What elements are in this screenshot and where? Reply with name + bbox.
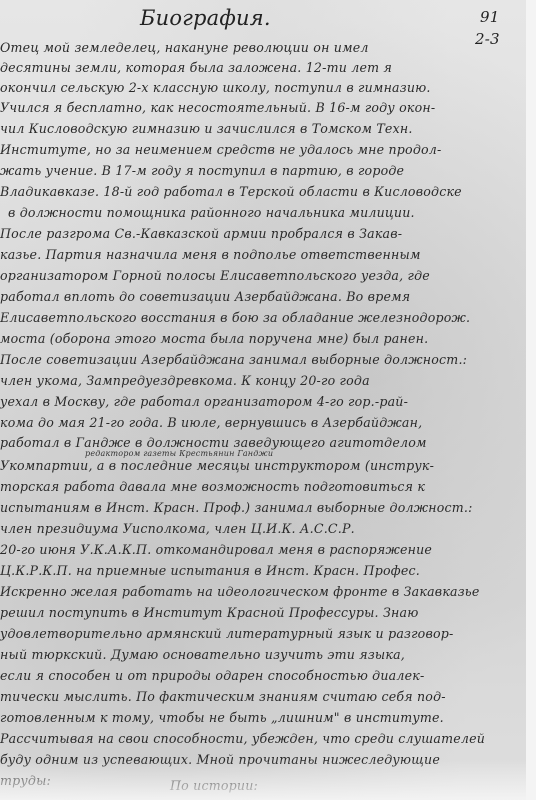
text-line: удовлетворительно армянский литературный… xyxy=(0,626,453,641)
text-line: тически мыслить. По фактическим знаниям … xyxy=(0,689,446,704)
text-line: чил Кисловодскую гимназию и зачислился в… xyxy=(0,121,413,136)
text-line: Рассчитывая на свои способности, убежден… xyxy=(0,731,485,746)
text-line: После советизации Азербайджана занимал в… xyxy=(0,352,467,367)
text-line: 20-го июня У.К.А.К.П. откомандировал мен… xyxy=(0,542,432,557)
text-line: Ц.К.Р.К.П. на приемные испытания в Инст.… xyxy=(0,563,420,578)
text-line: уехал в Москву, где работал организаторо… xyxy=(0,394,408,409)
text-line: работал в Гандже в должности заведующего… xyxy=(0,435,427,450)
text-line: если я способен и от природы одарен спос… xyxy=(0,668,424,683)
text-line: Укомпартии, а в последние месяцы инструк… xyxy=(0,458,434,473)
text-line: торская работа давала мне возможность по… xyxy=(0,479,425,494)
scanned-document-page: Биография. 91 2-3 Отец мой земледелец, н… xyxy=(0,0,536,800)
text-line: испытаниям в Инст. Красн. Проф.) занимал… xyxy=(0,500,473,515)
text-line: член укома, Зампредуездревкома. К концу … xyxy=(0,373,370,388)
text-line: моста (оборона этого моста была поручена… xyxy=(0,331,428,346)
text-line: в должности помощника районного начальни… xyxy=(8,205,415,220)
text-line: Институте, но за неимением средств не уд… xyxy=(0,142,441,157)
text-line: После разгрома Св.-Кавказской армии проб… xyxy=(0,226,402,241)
text-line: жать учение. В 17-м году я поступил в па… xyxy=(0,163,404,178)
page-number: 91 xyxy=(480,8,500,26)
text-line: работал вплоть до советизации Азербайджа… xyxy=(0,289,410,304)
text-line: готовленным к тому, чтобы не быть „лишни… xyxy=(0,710,444,725)
text-line: Елисаветпольского восстания в бою за обл… xyxy=(0,310,470,325)
text-line: ный тюркский. Думаю основательно изучить… xyxy=(0,647,405,662)
text-line: Учился я бесплатно, как несостоятельный.… xyxy=(0,100,435,115)
text-line: окончил сельскую 2-х классную школу, пос… xyxy=(0,80,431,95)
handwritten-insertion: редактором газеты Крестьянин Ганджи xyxy=(85,449,273,458)
text-line: десятины земли, которая была заложена. 1… xyxy=(0,60,392,75)
text-line: Искренно желая работать на идеологическо… xyxy=(0,584,480,599)
text-line: труды: xyxy=(0,773,51,788)
text-line: буду одним из успевающих. Мной прочитаны… xyxy=(0,752,440,767)
section-heading: По истории: xyxy=(170,778,258,793)
text-line: кома до мая 21-го года. В июле, вернувши… xyxy=(0,415,422,430)
text-line: Отец мой земледелец, накануне революции … xyxy=(0,40,369,55)
text-line: член президиума Уисполкома, член Ц.И.К. … xyxy=(0,521,355,536)
text-line: казье. Партия назначила меня в подполье … xyxy=(0,247,421,262)
text-line: Владикавказе. 18-й год работал в Терской… xyxy=(0,184,462,199)
text-line: решил поступить в Институт Красной Профе… xyxy=(0,605,418,620)
page-sub-number: 2-3 xyxy=(475,30,500,48)
document-title: Биография. xyxy=(140,6,271,30)
text-line: организатором Горной полосы Елисаветполь… xyxy=(0,268,430,283)
